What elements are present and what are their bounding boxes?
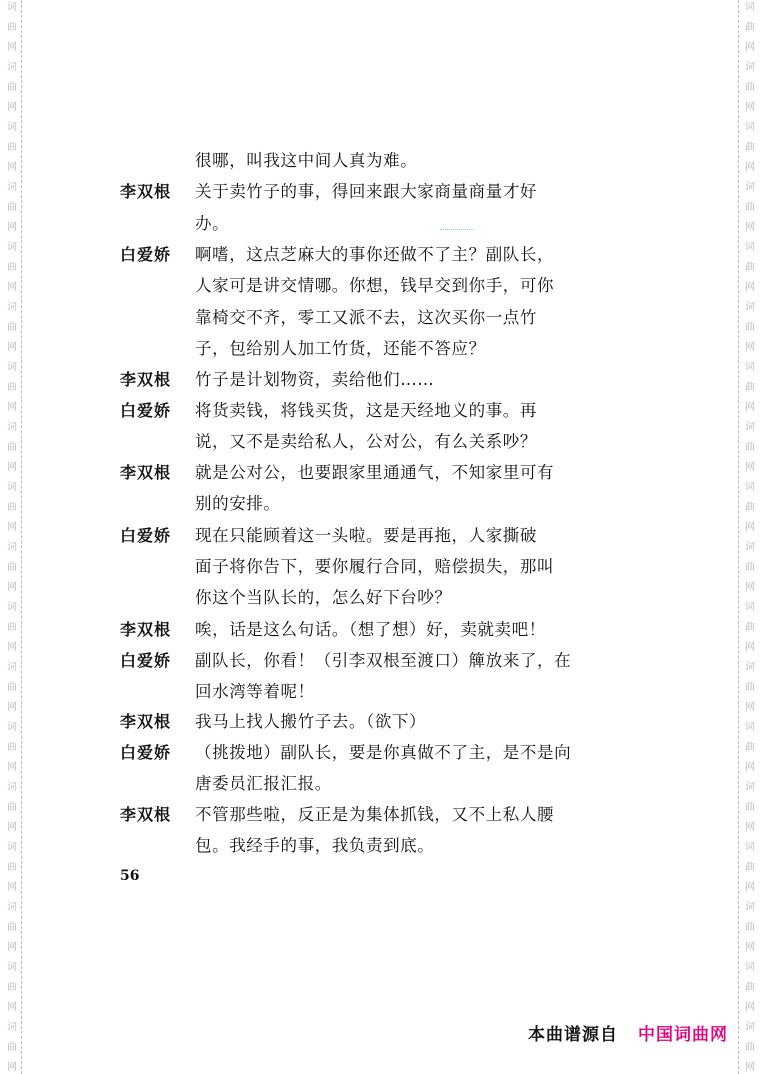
watermark-group: 词曲网 (740, 962, 760, 1022)
dialogue-text: 人家可是讲交情哪。你想，钱早交到你手，可你 (195, 270, 570, 301)
watermark-char: 词 (2, 182, 22, 194)
dialogue-text: 说，又不是卖给私人，公对公，有么关系吵？ (195, 426, 570, 457)
dialogue-text: 很哪，叫我这中间人真为难。 (195, 145, 570, 176)
watermark-char: 曲 (2, 382, 22, 394)
watermark-char: 曲 (740, 322, 760, 334)
watermark-char: 词 (2, 962, 22, 974)
watermark-char: 曲 (740, 502, 760, 514)
dialogue-text: 唉，话是这么句话。（想了想）好，卖就卖吧！ (195, 614, 570, 645)
watermark-char: 曲 (2, 322, 22, 334)
watermark-char: 网 (2, 42, 22, 54)
dialogue-text: 关于卖竹子的事，得回来跟大家商量商量才好 (195, 176, 570, 207)
watermark-group: 词曲网 (2, 842, 22, 902)
watermark-char: 网 (2, 162, 22, 174)
watermark-char: 词 (2, 542, 22, 554)
watermark-group: 词曲网 (2, 782, 22, 842)
watermark-char: 曲 (2, 622, 22, 634)
watermark-group: 词曲网 (740, 662, 760, 722)
watermark-group: 词曲网 (2, 422, 22, 482)
watermark-group: 词曲网 (2, 122, 22, 182)
watermark-char: 曲 (2, 82, 22, 94)
watermark-char: 曲 (740, 262, 760, 274)
speaker-name: 李双根 (120, 799, 190, 830)
watermark-char: 曲 (2, 262, 22, 274)
watermark-char: 网 (2, 582, 22, 594)
watermark-char: 网 (2, 402, 22, 414)
watermark-char: 网 (2, 822, 22, 834)
watermark-char: 曲 (2, 862, 22, 874)
watermark-char: 词 (740, 482, 760, 494)
dialogue-text: 别的安排。 (195, 488, 570, 519)
watermark-char: 曲 (2, 1042, 22, 1054)
watermark-char: 词 (740, 2, 760, 14)
watermark-char: 曲 (740, 202, 760, 214)
watermark-char: 词 (740, 662, 760, 674)
watermark-char: 词 (2, 842, 22, 854)
watermark-char: 词 (2, 662, 22, 674)
dialogue-text: 将货卖钱，将钱买货，这是天经地义的事。再 (195, 395, 570, 426)
dialogue-text: 啊嗜，这点芝麻大的事你还做不了主？副队长， (195, 239, 570, 270)
watermark-char: 网 (2, 522, 22, 534)
watermark-char: 网 (2, 942, 22, 954)
watermark-char: 词 (2, 722, 22, 734)
dialogue-text: 靠椅交不齐，零工又派不去，这次买你一点竹 (195, 302, 570, 333)
watermark-group: 词曲网 (740, 1022, 760, 1074)
speaker-name: 李双根 (120, 176, 190, 207)
watermark-char: 曲 (740, 922, 760, 934)
watermark-char: 词 (2, 902, 22, 914)
watermark-char: 网 (2, 222, 22, 234)
watermark-char: 词 (740, 422, 760, 434)
watermark-char: 曲 (740, 622, 760, 634)
watermark-group: 词曲网 (740, 842, 760, 902)
watermark-group: 词曲网 (2, 482, 22, 542)
watermark-char: 网 (2, 462, 22, 474)
watermark-char: 曲 (740, 862, 760, 874)
watermark-char: 词 (2, 122, 22, 134)
left-watermark-column: 词曲网词曲网词曲网词曲网词曲网词曲网词曲网词曲网词曲网词曲网词曲网词曲网词曲网词… (2, 0, 22, 1074)
dialogue-text: 包。我经手的事，我负责到底。 (195, 830, 570, 861)
watermark-char: 曲 (2, 202, 22, 214)
watermark-char: 曲 (2, 142, 22, 154)
watermark-char: 词 (740, 902, 760, 914)
watermark-char: 网 (2, 642, 22, 654)
watermark-group: 词曲网 (2, 1022, 22, 1074)
watermark-char: 曲 (2, 682, 22, 694)
dialogue-text: 回水湾等着呢！ (195, 676, 570, 707)
watermark-char: 曲 (740, 82, 760, 94)
watermark-group: 词曲网 (740, 902, 760, 962)
watermark-group: 词曲网 (740, 302, 760, 362)
watermark-group: 词曲网 (740, 602, 760, 662)
dialogue-text: 副队长，你看！（引李双根至渡口）簰放来了，在 (195, 645, 570, 676)
watermark-group: 词曲网 (740, 362, 760, 422)
watermark-char: 词 (740, 842, 760, 854)
watermark-char: 网 (740, 42, 760, 54)
watermark-char: 曲 (2, 502, 22, 514)
watermark-group: 词曲网 (740, 482, 760, 542)
watermark-char: 网 (2, 702, 22, 714)
watermark-char: 词 (2, 2, 22, 14)
watermark-group: 词曲网 (740, 62, 760, 122)
dialogue-text: 唐委员汇报汇报。 (195, 768, 570, 799)
watermark-char: 网 (2, 882, 22, 894)
speaker-name: 李双根 (120, 614, 190, 645)
dialogue-text: 竹子是计划物资，卖给他们…… (195, 364, 570, 395)
watermark-char: 词 (740, 122, 760, 134)
speaker-name: 白爱娇 (120, 737, 190, 768)
watermark-group: 词曲网 (2, 902, 22, 962)
watermark-char: 词 (740, 602, 760, 614)
watermark-char: 词 (2, 302, 22, 314)
watermark-char: 网 (740, 342, 760, 354)
watermark-char: 网 (2, 342, 22, 354)
watermark-char: 网 (740, 522, 760, 534)
watermark-char: 词 (740, 542, 760, 554)
watermark-char: 词 (2, 1022, 22, 1034)
watermark-char: 曲 (740, 682, 760, 694)
watermark-char: 曲 (740, 442, 760, 454)
watermark-group: 词曲网 (2, 602, 22, 662)
watermark-char: 词 (2, 242, 22, 254)
watermark-char: 网 (2, 762, 22, 774)
dialogue-text: 面子将你告下，要你履行合同，赔偿损失，那叫 (195, 551, 570, 582)
watermark-char: 曲 (2, 22, 22, 34)
watermark-char: 网 (2, 282, 22, 294)
watermark-char: 词 (740, 962, 760, 974)
watermark-char: 曲 (2, 802, 22, 814)
watermark-char: 曲 (2, 562, 22, 574)
watermark-char: 网 (2, 1002, 22, 1014)
watermark-group: 词曲网 (2, 242, 22, 302)
footer-site-name[interactable]: 中国词曲网 (638, 1024, 728, 1046)
right-watermark-column: 词曲网词曲网词曲网词曲网词曲网词曲网词曲网词曲网词曲网词曲网词曲网词曲网词曲网词… (740, 0, 760, 1074)
watermark-char: 曲 (740, 802, 760, 814)
watermark-group: 词曲网 (2, 962, 22, 1022)
dialogue-text: 就是公对公，也要跟家里通通气，不知家里可有 (195, 457, 570, 488)
page-number: 56 (120, 868, 139, 884)
watermark-group: 词曲网 (2, 362, 22, 422)
watermark-char: 词 (740, 1022, 760, 1034)
speaker-name: 白爱娇 (120, 395, 190, 426)
watermark-char: 词 (2, 422, 22, 434)
watermark-char: 曲 (2, 922, 22, 934)
watermark-char: 网 (740, 882, 760, 894)
watermark-group: 词曲网 (740, 782, 760, 842)
watermark-group: 词曲网 (740, 182, 760, 242)
watermark-char: 网 (740, 942, 760, 954)
watermark-char: 网 (740, 222, 760, 234)
watermark-group: 词曲网 (740, 722, 760, 782)
watermark-char: 词 (2, 482, 22, 494)
footer-source-label: 本曲谱源自 (528, 1024, 618, 1046)
watermark-char: 词 (740, 722, 760, 734)
watermark-char: 词 (740, 362, 760, 374)
watermark-char: 词 (740, 302, 760, 314)
watermark-char: 曲 (2, 982, 22, 994)
watermark-char: 曲 (740, 742, 760, 754)
watermark-char: 词 (740, 182, 760, 194)
dialogue-text: 我马上找人搬竹子去。（欲下） (195, 706, 570, 737)
watermark-group: 词曲网 (2, 182, 22, 242)
watermark-char: 词 (740, 62, 760, 74)
watermark-char: 网 (740, 462, 760, 474)
watermark-group: 词曲网 (740, 242, 760, 302)
watermark-group: 词曲网 (2, 542, 22, 602)
watermark-char: 曲 (740, 22, 760, 34)
speaker-name: 白爱娇 (120, 239, 190, 270)
dialogue-text: 不管那些啦，反正是为集体抓钱，又不上私人腰 (195, 799, 570, 830)
watermark-group: 词曲网 (2, 722, 22, 782)
dialogue-text: 办。 (195, 208, 570, 239)
watermark-char: 词 (2, 782, 22, 794)
watermark-char: 曲 (740, 1042, 760, 1054)
watermark-char: 网 (740, 162, 760, 174)
speaker-name: 李双根 (120, 706, 190, 737)
watermark-char: 网 (740, 702, 760, 714)
speaker-name: 白爱娇 (120, 645, 190, 676)
watermark-char: 词 (2, 362, 22, 374)
watermark-char: 词 (740, 782, 760, 794)
watermark-char: 词 (2, 602, 22, 614)
watermark-char: 曲 (740, 142, 760, 154)
watermark-char: 曲 (2, 742, 22, 754)
speaker-name: 李双根 (120, 457, 190, 488)
scan-artifact (440, 229, 474, 230)
watermark-char: 网 (740, 282, 760, 294)
watermark-char: 曲 (740, 562, 760, 574)
watermark-char: 网 (740, 642, 760, 654)
watermark-group: 词曲网 (2, 662, 22, 722)
watermark-char: 网 (2, 102, 22, 114)
dialogue-text: 你这个当队长的，怎么好下台吵？ (195, 582, 570, 613)
dialogue-text: 子，包给别人加工竹货，还能不答应？ (195, 333, 570, 364)
watermark-group: 词曲网 (740, 2, 760, 62)
watermark-char: 网 (740, 822, 760, 834)
speaker-name: 白爱娇 (120, 520, 190, 551)
dialogue-text: 现在只能顾着这一头啦。要是再拖，人家撕破 (195, 520, 570, 551)
right-margin-dashed-line (738, 0, 739, 1074)
watermark-char: 词 (740, 242, 760, 254)
watermark-char: 网 (2, 1062, 22, 1074)
watermark-char: 网 (740, 582, 760, 594)
speaker-name: 李双根 (120, 364, 190, 395)
watermark-char: 网 (740, 402, 760, 414)
dialogue-text: （挑拨地）副队长，要是你真做不了主，是不是向 (195, 737, 570, 768)
watermark-char: 网 (740, 1062, 760, 1074)
watermark-char: 词 (2, 62, 22, 74)
watermark-group: 词曲网 (2, 302, 22, 362)
watermark-char: 网 (740, 102, 760, 114)
watermark-char: 网 (740, 762, 760, 774)
watermark-group: 词曲网 (2, 2, 22, 62)
watermark-group: 词曲网 (740, 542, 760, 602)
watermark-char: 曲 (740, 382, 760, 394)
watermark-group: 词曲网 (2, 62, 22, 122)
watermark-group: 词曲网 (740, 422, 760, 482)
watermark-char: 网 (740, 1002, 760, 1014)
watermark-group: 词曲网 (740, 122, 760, 182)
watermark-char: 曲 (740, 982, 760, 994)
watermark-char: 曲 (2, 442, 22, 454)
